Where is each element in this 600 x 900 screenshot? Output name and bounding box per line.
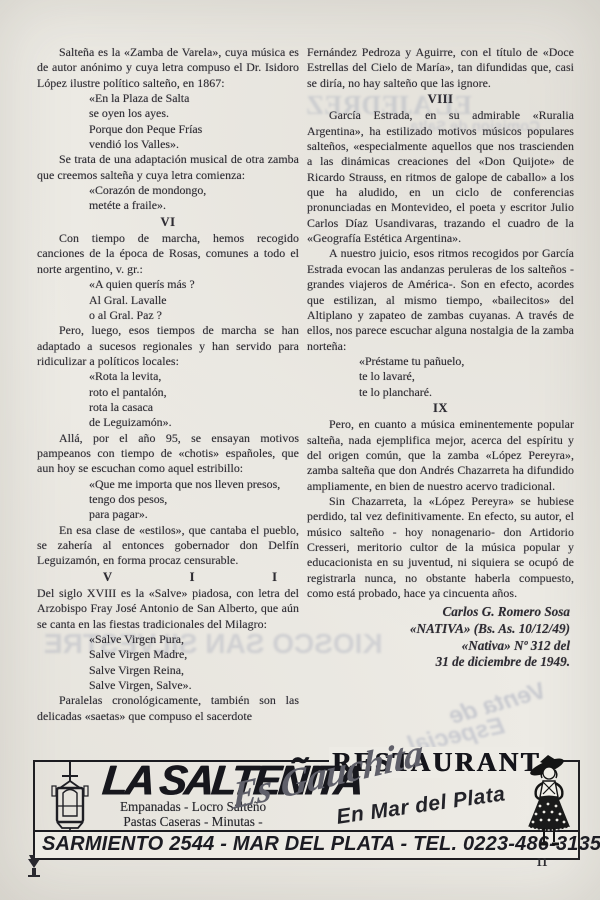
verse: «Corazón de mondongo,metéte a fraile». bbox=[89, 183, 299, 214]
verse-line: «Que me importa que nos lleven presos, bbox=[89, 477, 299, 492]
signature-line: 31 de diciembre de 1949. bbox=[307, 654, 570, 671]
verse-line: Salve Virgen Madre, bbox=[89, 647, 299, 662]
section-heading: VIII bbox=[307, 92, 574, 107]
scanned-magazine-page: EL AJEDREZ Comision de Salta KIOSCO SAN … bbox=[0, 0, 600, 900]
verse: «A quien querís más ?Al Gral. Lavalleo a… bbox=[89, 277, 299, 323]
gaucha-dancer-icon bbox=[518, 754, 580, 858]
verse: «Préstame tu pañuelo,te lo lavaré,te lo … bbox=[359, 354, 574, 400]
verse-line: rota la casaca bbox=[89, 400, 299, 415]
verse-line: «A quien querís más ? bbox=[89, 277, 299, 292]
paragraph: Allá, por el año 95, se ensayan motivos … bbox=[37, 431, 299, 477]
paragraph: Fernández Pedroza y Aguirre, con el títu… bbox=[307, 45, 574, 91]
verse-line: «Salve Virgen Pura, bbox=[89, 632, 299, 647]
paragraph: Con tiempo de marcha, hemos recogido can… bbox=[37, 231, 299, 277]
paragraph: A nuestro juicio, esos ritmos recogidos … bbox=[307, 246, 574, 353]
ad-menu-line: Pastas Caseras - Minutas - bbox=[85, 815, 301, 830]
verse-line: Al Gral. Lavalle bbox=[89, 293, 299, 308]
verse-line: «Rota la levita, bbox=[89, 369, 299, 384]
verse-line: «En la Plaza de Salta bbox=[89, 91, 299, 106]
bleedthrough-text: Venta de bbox=[446, 677, 549, 731]
verse-line: metéte a fraile». bbox=[89, 198, 299, 213]
paragraph: García Estrada, en su admirable «Ruralia… bbox=[307, 108, 574, 246]
verse: «En la Plaza de Saltase oyen los ayes.Po… bbox=[89, 91, 299, 152]
ad-address-line: SARMIENTO 2544 - MAR DEL PLATA - TEL. 02… bbox=[35, 830, 578, 858]
paragraph: En esa clase de «estilos», que cantaba e… bbox=[37, 523, 299, 569]
verse: «Rota la levita,roto el pantalón,rota la… bbox=[89, 369, 299, 430]
verse-line: roto el pantalón, bbox=[89, 385, 299, 400]
verse: «Que me importa que nos lleven presos,te… bbox=[89, 477, 299, 523]
verse-line: de Leguizamón». bbox=[89, 415, 299, 430]
paragraph: Paralelas cronológicamente, también son … bbox=[37, 693, 299, 724]
section-heading: VI bbox=[37, 215, 299, 230]
verse-line: para pagar». bbox=[89, 507, 299, 522]
paragraph: Pero, en cuanto a música eminentemente p… bbox=[307, 417, 574, 494]
section-heading: IX bbox=[307, 401, 574, 416]
paragraph: Se trata de una adaptación musical de ot… bbox=[37, 152, 299, 183]
verse-line: te lo plancharé. bbox=[359, 385, 574, 400]
heading-letter: I bbox=[272, 570, 277, 585]
verse-line: «Préstame tu pañuelo, bbox=[359, 354, 574, 369]
verse-line: o al Gral. Paz ? bbox=[89, 308, 299, 323]
verse: «Salve Virgen Pura,Salve Virgen Madre,Sa… bbox=[89, 632, 299, 693]
verse-line: se oyen los ayes. bbox=[89, 106, 299, 121]
section-heading: VII bbox=[37, 570, 299, 585]
signature-line: «NATIVA» (Bs. As. 10/12/49) bbox=[307, 621, 570, 638]
paragraph: Sin Chazarreta, la «López Pereyra» se hu… bbox=[307, 494, 574, 601]
signature-block: Carlos G. Romero Sosa«NATIVA» (Bs. As. 1… bbox=[307, 604, 574, 670]
paragraph: Del siglo XVIII es la «Salve» piadosa, c… bbox=[37, 586, 299, 632]
restaurant-advertisement: RESTAURANT LA SALTEÑITA Empanadas - Locr… bbox=[33, 760, 580, 860]
signature-line: «Nativa» Nº 312 del bbox=[307, 638, 570, 655]
paragraph: Pero, luego, esos tiempos de marcha se h… bbox=[37, 323, 299, 369]
article-column-right: Fernández Pedroza y Aguirre, con el títu… bbox=[307, 45, 574, 671]
heading-letter: I bbox=[190, 570, 195, 585]
article-column-left: Salteña es la «Zamba de Varela», cuya mú… bbox=[37, 45, 299, 724]
verse-line: Salve Virgen, Salve». bbox=[89, 678, 299, 693]
signature-line: Carlos G. Romero Sosa bbox=[307, 604, 570, 621]
verse-line: Salve Virgen Reina, bbox=[89, 663, 299, 678]
verse-line: «Corazón de mondongo, bbox=[89, 183, 299, 198]
verse-line: Porque don Peque Frías bbox=[89, 122, 299, 137]
heading-letter: V bbox=[103, 570, 112, 585]
verse-line: vendió los Valles». bbox=[89, 137, 299, 152]
verse-line: te lo lavaré, bbox=[359, 369, 574, 384]
verse-line: tengo dos pesos, bbox=[89, 492, 299, 507]
paragraph: Salteña es la «Zamba de Varela», cuya mú… bbox=[37, 45, 299, 91]
